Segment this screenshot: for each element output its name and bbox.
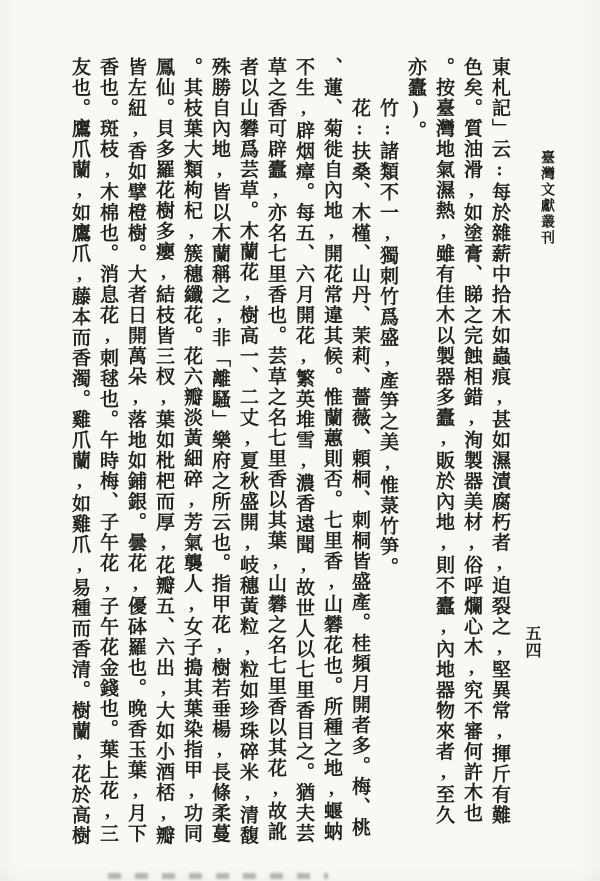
- text-column: 亦蠹)。: [401, 57, 429, 849]
- text-column: 竹:諸類不一,獨刺竹爲盛,產笋之美,惟菉竹笋。: [373, 57, 401, 849]
- text-column: 殊勝自內地,皆以木蘭稱之,非「離騷」樂府之所云也。指甲花,樹若垂楊,長條柔蔓: [205, 57, 233, 849]
- text-column: 草之香可辟蠹,亦名七里香也。芸草之名七里香以其葉,山礬之名七里香以其花,故訛: [261, 57, 289, 849]
- text-column: 者以山礬爲芸草。木蘭花,樹高一、二丈,夏秋盛開,岐穗黃粒,粒如珍珠碎米,清馥: [233, 57, 261, 849]
- text-column: 香也。斑枝,木棉也。消息花,刺毬也。午時梅、子午花,子午花金錢也。葉上花,三: [93, 57, 121, 849]
- text-column: 友也。鷹爪蘭,如鷹爪,藤本而香濁。雞爪蘭,如雞爪,易種而香清。樹蘭,花於高樹: [65, 57, 93, 849]
- text-column: 花:扶桑、木槿、山丹、茉莉、薔薇、頼桐、刺桐皆盛產。桂頻月開者多。梅、桃: [345, 57, 373, 849]
- cutoff-print-artifact: [108, 873, 328, 879]
- text-column: 東札記」云:每於雜薪中拾木如蟲痕,甚如濕漬腐朽者,迫裂之,堅異常,揮斤有難: [485, 57, 513, 849]
- page-number: 五四: [520, 625, 543, 659]
- series-title: 臺灣文獻叢刊: [536, 150, 556, 246]
- text-column: 皆左紐,香如擘橙樹。大者日開萬朵,落地如鋪銀。曇花,優砵羅也。晚香玉葉,月下: [121, 57, 149, 849]
- text-column: 色矣。質油滑,如塗膏、睇之完蝕相錯,洵製器美材,俗呼爛心木,究不審何許木也: [457, 57, 485, 849]
- main-text: 東札記」云:每於雜薪中拾木如蟲痕,甚如濕漬腐朽者,迫裂之,堅異常,揮斤有難色矣。…: [65, 57, 513, 849]
- text-column: 。其枝葉大類枸杞,簇穗纖花。花六瓣淡黃細碎,芳氣襲人,女子搗其葉染指甲,功同: [177, 57, 205, 849]
- text-column: 。按臺灣地氣濕熱,雖有佳木以製器多蠹,販於內地,則不蠹,內地器物來者,至久: [429, 57, 457, 849]
- text-column: 不生,辟烟瘴。每五、六月開花,繁英堆雪,濃香遠聞,故世人以七里香目之。猶夫芸: [289, 57, 317, 849]
- scanned-book-page: 臺灣文獻叢刊 東札記」云:每於雜薪中拾木如蟲痕,甚如濕漬腐朽者,迫裂之,堅異常,…: [0, 0, 600, 881]
- text-column: 鳳仙。貝多羅花樹多癭,結枝皆三杈,葉如枇杷而厚,花瓣五、六出,大如小酒桮,瓣: [149, 57, 177, 849]
- text-column: 、蓮、菊徙自內地,開花常違其候。惟蘭蕙則否。七里香,山礬花也。所種之地,蝘蚋: [317, 57, 345, 849]
